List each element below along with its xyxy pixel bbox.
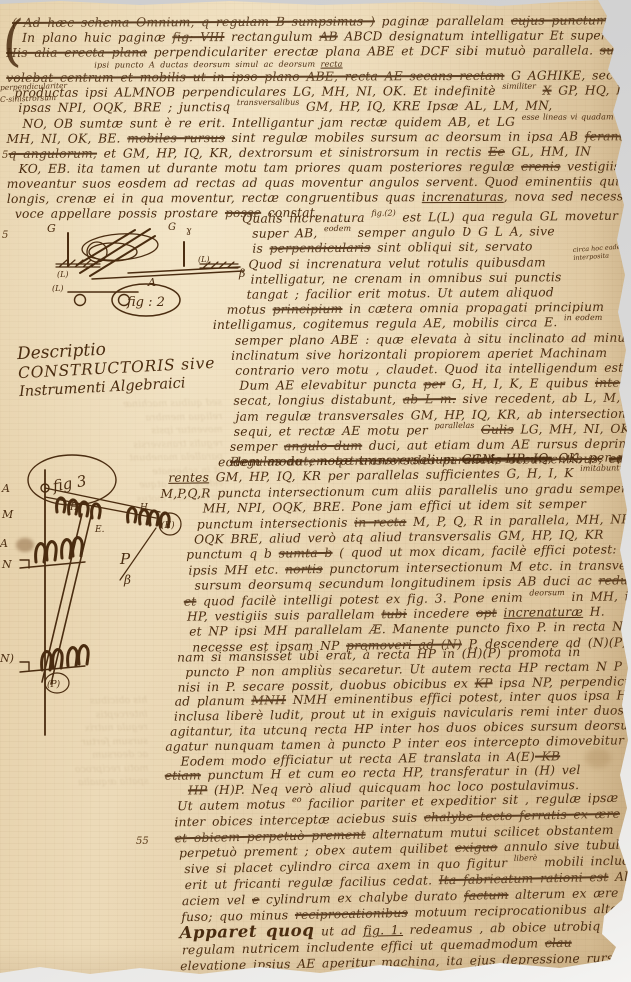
handwritten-text: increnaturæ (503, 605, 583, 620)
handwritten-text: H. (583, 605, 605, 619)
margin-mark: 55 (136, 836, 149, 847)
fig3-mid-rail (20, 560, 85, 568)
margin-mark: 5 (2, 230, 8, 241)
handwritten-text: GL, HM, IN (505, 144, 591, 158)
handwritten-text: Quod si increnatura velut rotulis quibus… (248, 255, 546, 271)
handwritten-text: et GM, HP, IQ, KR, dextrorsum et sinistr… (97, 145, 488, 161)
struck-text: Ee (488, 145, 505, 159)
manuscript-scan: sed quibus machinæ reliqua membra movent… (0, 0, 631, 982)
struck-text: nortis (285, 562, 323, 576)
fig2-caption: fig : 2 (126, 295, 165, 310)
handwritten-text: voce appellare possis prostare (15, 206, 225, 221)
struck-text: AB (319, 30, 337, 44)
fig3-label-b: β (123, 573, 131, 587)
fig3-label-e1: Ε. (94, 525, 105, 535)
handwritten-text: Ut autem motus (177, 797, 292, 813)
handwritten-text: Et super rectis (550, 28, 631, 42)
fig3-label-a: A (1, 482, 10, 495)
struck-text: GGM, HP, IQ, (462, 451, 552, 466)
manuscript-paper: sed quibus machinæ reliqua membra movent… (0, 0, 631, 982)
struck-text: exiguo (455, 841, 498, 856)
figure-2-sketch: G (L) G ɣ (L) A β fig : 2 (L) (35, 220, 250, 320)
fig2-cart-wheel (75, 295, 86, 306)
handwritten-text: ipsa NP, perpendiculariter (492, 673, 631, 690)
handwritten-text: semper (230, 439, 284, 453)
struck-text: et obicem perpetuò prement (175, 827, 366, 845)
handwritten-text: alterum ex ære (508, 886, 618, 902)
handwritten-text: In plano huic paginæ (22, 30, 172, 45)
fig3-label-p: P (119, 550, 131, 568)
text-block-lower: nam si mansisset ubi erat, à recta HP in… (150, 644, 631, 799)
handwritten-text: sint obliqui sit, servato (371, 240, 533, 255)
fig2-label-l-left: (L) (57, 270, 69, 279)
struck-text: reciprocationibus (295, 905, 408, 921)
fig3-label-h2: H (139, 503, 148, 513)
handwritten-text: tangat ; facilior erit motus. Ut autem a… (247, 285, 554, 301)
handwritten-text: eodem modo , notæ transversalium (218, 452, 462, 469)
struck-text: etiam (165, 769, 201, 784)
handwritten-text: super AB, (252, 226, 324, 241)
struck-text: KB (535, 749, 560, 763)
manuscript-line: His alia erecta plana perpendiculariter … (6, 43, 624, 61)
handwritten-text: in MH, ipsam (565, 589, 631, 604)
text-block-bottom: Ut autem motus eo facilior pariter et ex… (140, 791, 631, 976)
handwritten-text: jam regulæ transversales GM, HP, IQ, KR,… (236, 406, 631, 424)
handwritten-text: inclinatum sive horizontali propiorem ap… (231, 346, 607, 363)
handwritten-text: eodem (324, 224, 351, 233)
struck-text: KP (475, 676, 493, 690)
struck-text: parallelas suffi- (617, 449, 631, 464)
struck-text: fig: VIII (172, 30, 224, 44)
handwritten-text: imitabuntur (580, 464, 628, 474)
handwritten-text: intelligatur, ne crenam in omnibus sui p… (250, 270, 561, 286)
handwritten-text: rectangulum (224, 30, 319, 44)
handwritten-text: G, H, I, K, E quibus (445, 376, 595, 391)
fig2-label-a: A (147, 276, 156, 289)
struck-text: perpendicularis (270, 241, 371, 256)
handwritten-text: GM, HP, IQ, KRE Ipsæ AL, LM, MN, (299, 99, 552, 114)
struck-text: volebat centrum et mobilis ut in ipso pl… (6, 69, 504, 85)
text-block-right: Qualis increnatura fig.(2) est L(L) qua … (208, 209, 631, 471)
struck-text: inter (595, 376, 626, 390)
handwritten-text: ipsi puncto A ductas deorsum simul ac de… (94, 60, 320, 70)
handwritten-text: fig.(2) (371, 209, 395, 218)
handwritten-text: esse lineas vi quadam retentas (522, 112, 631, 122)
handwritten-text: Qualis increnatura (242, 211, 371, 226)
handwritten-text: is (252, 242, 269, 256)
struck-text: ( Ad hæc schema Omnium, q regulam B sump… (12, 14, 375, 30)
handwritten-text: HP, vestigiis suis parallelam (187, 607, 382, 623)
handwritten-text: cylindrum ex chalybe durato (259, 889, 464, 907)
fig2-label-g-right: G (168, 222, 176, 233)
struck-text: X (543, 84, 552, 98)
handwritten-text: vestigiis suis parallelæ (560, 159, 631, 174)
text-block-top: ( Ad hæc schema Omnium, q regulam B sump… (6, 13, 625, 222)
handwritten-text: ipsas NPI, OQK, BRE ; junctisq (18, 100, 237, 115)
struck-text: angulo dum (284, 439, 362, 454)
handwritten-text: semper plano ABE : quæ elevata à situ in… (235, 330, 631, 347)
fig2-baseline (92, 267, 243, 279)
handwritten-text: Apparet quoq (179, 921, 314, 943)
struck-text: tubi (381, 607, 407, 621)
struck-text: in recta (354, 515, 406, 530)
fig2-label-l-cart: (L) (52, 284, 64, 293)
struck-text: mobiles rursus (127, 131, 225, 145)
handwritten-text: mobili includetur (537, 853, 631, 869)
handwritten-text: increnaturas (422, 190, 504, 204)
handwritten-text: ut ad (314, 924, 363, 939)
struck-text: ab L m. (403, 392, 456, 406)
handwritten-text: Alternatum autem, (608, 868, 631, 884)
fig3-label-e2: (Ε) (161, 520, 175, 531)
handwritten-text: Dum AE elevabitur puncta (239, 378, 423, 393)
text-block-middle: eodem modo , notæ transversalium GGM, HP… (160, 450, 631, 656)
struck-text: crenis (521, 159, 560, 173)
fig3-label-a2: A (0, 537, 8, 550)
fig3-label-p2: (P) (47, 679, 61, 690)
handwritten-text: similiter (502, 82, 536, 91)
handwritten-text: , nova sed necessaria (504, 189, 631, 204)
fig2-label-l-right: (L) (198, 255, 210, 264)
struck-text: clau (545, 936, 572, 951)
handwritten-text: aciem vel (182, 893, 252, 908)
struck-text: reduci posse (598, 573, 631, 588)
handwritten-text: LG, MH NI OK, (626, 375, 631, 390)
struck-text: super punctum et (600, 43, 631, 58)
handwritten-text: sequi, et rectæ AE motu per (234, 423, 435, 439)
handwritten-text: fig. 1. (363, 923, 403, 938)
handwritten-text: redeamus , ab obice utrobiq (403, 920, 601, 938)
handwritten-text: paginæ parallelam (375, 14, 511, 29)
fig2-flourish: ɣ (186, 226, 192, 236)
struck-text: ferantur semper (585, 129, 631, 143)
handwritten-text: parallelas (435, 421, 475, 430)
right-margin-note: circa hoc eadem interposita (573, 243, 631, 262)
handwritten-text: perpendiculariter erectæ plana ABE et DC… (147, 44, 600, 60)
section-heading: Descriptio CONSTRUCTORIS sive Instrument… (17, 335, 217, 402)
handwritten-text: punctum q b (186, 547, 279, 562)
handwritten-text: semper angulo Ʋ G L A, sive (351, 224, 555, 240)
struck-text: q angulorum, (9, 146, 97, 160)
handwritten-text: recta (321, 60, 343, 69)
struck-text: per (423, 377, 445, 391)
handwritten-text: GP, HQ, IR (552, 84, 631, 98)
struck-text: factum (464, 888, 509, 903)
handwritten-text: liberè (514, 854, 538, 863)
struck-text: HP (188, 783, 208, 797)
struck-text: His alia erecta plana (6, 46, 147, 61)
fig3-label-m: M (1, 508, 14, 521)
handwritten-text: secat, longius distabunt, (233, 393, 402, 408)
handwritten-text: KO, EB. ita tamen ut durante motu tam pr… (19, 160, 521, 176)
margin-mark: 5 (2, 150, 8, 161)
fig3-label-n: N (1, 558, 12, 571)
handwritten-text: ABCD designatum intelligatur (338, 29, 550, 44)
handwritten-text: intelligamus, cogitemus regula AE, mobil… (213, 316, 564, 333)
handwritten-text: moveantur suos eosdem ad rectas ad quas … (7, 174, 631, 191)
struck-text: principium (273, 302, 343, 317)
handwritten-text: deorsum (529, 588, 564, 597)
fig3-label-h1: H (69, 503, 78, 513)
handwritten-text: MH, NI, OK, BE. (7, 131, 128, 146)
handwritten-text: NO, OB sumtæ sunt è re erit. Intelligant… (22, 114, 521, 130)
struck-text: sumta b (279, 546, 333, 561)
struck-text: Gulis (481, 422, 514, 436)
handwritten-text: transversalibus (237, 98, 300, 107)
handwritten-text: annulo sive tubulo (497, 838, 627, 854)
figure-3-sketch: fig 3 H H Ε. (Ε) (0, 450, 195, 740)
struck-text: opt (476, 606, 497, 620)
handwritten-text: sint regulæ mobiles sursum ac deorsum in… (225, 129, 585, 145)
handwritten-text: G AGHIKE, secans rectas indefinitè deors… (504, 68, 631, 83)
fig2-label-g-left: G (47, 222, 56, 235)
manuscript-line: longis, crenæ ei in qua moventur, rectæ … (7, 189, 625, 207)
handwritten-text: contrario vero motu , claudet. Quod ita … (235, 361, 623, 378)
handwritten-text: M, P, Q, R in parallela, MH, NPI, (406, 512, 631, 529)
handwritten-text: incedere (407, 606, 476, 621)
handwritten-text: longis, crenæ ei in qua moventur, rectæ … (7, 190, 422, 206)
struck-text: chalybe tecto ferratis ex ære (424, 807, 620, 825)
fig2-label-b: β (238, 267, 245, 280)
fig3-label-n2: N) (0, 652, 14, 665)
handwritten-text: ipsis MH etc. (188, 562, 285, 577)
handwritten-text: LG, MH, NI, OK (514, 421, 631, 436)
struck-text: MNH (251, 693, 286, 707)
handwritten-text: est L(L) qua regula GL movetur (396, 209, 619, 225)
fig2-scribbled-roller (77, 229, 159, 276)
handwritten-text: sive recedent, ab L, M, N, O. Intelligan… (456, 390, 631, 406)
struck-text: Ita fabricatum rationi est (439, 870, 609, 887)
fig3-caption: fig 3 (50, 472, 88, 496)
handwritten-text: in eodem (564, 313, 602, 322)
struck-text: e (252, 893, 260, 907)
struck-text: cujus punctum AB innuat BE (511, 13, 631, 28)
handwritten-text: punctum intersectionis (197, 515, 355, 531)
